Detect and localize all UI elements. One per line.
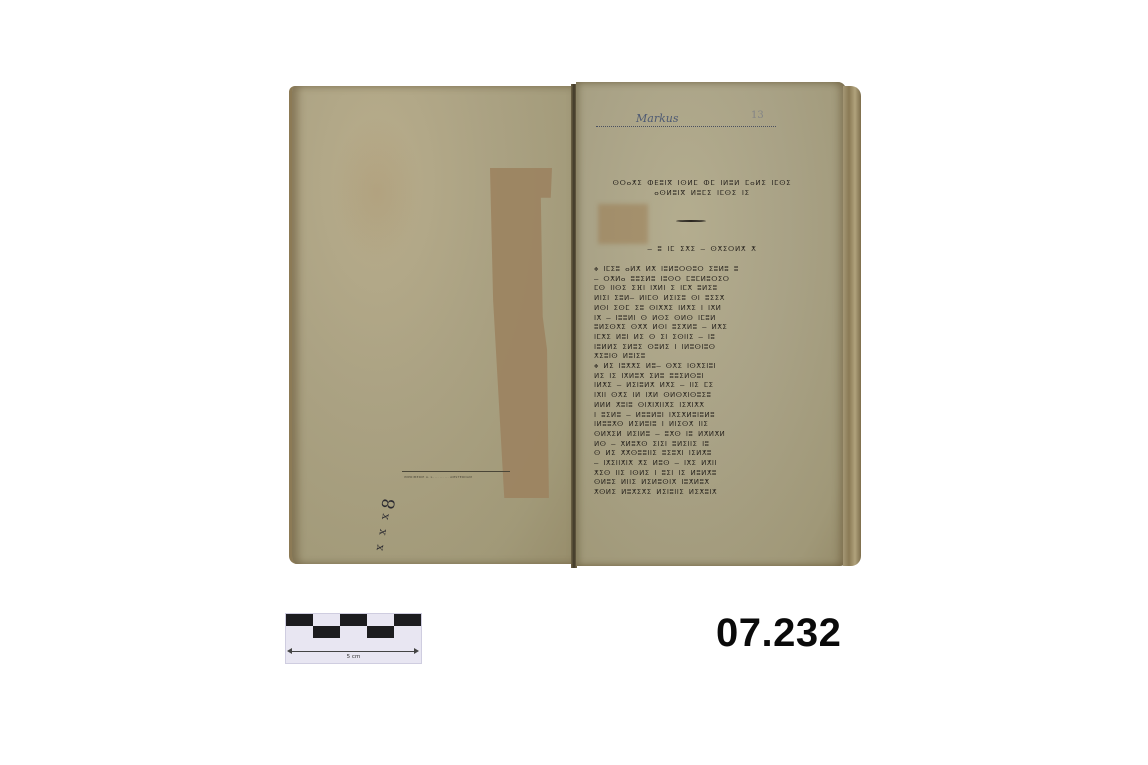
text-line: ⵏⵅ — ⵏⵓⵓⵍⵏ ⵙ ⵍⵙⵉ ⵙⵍⵙ ⵏⵎⵓⵍ <box>594 313 816 323</box>
scale-square <box>394 614 421 626</box>
open-book: IMPRIMERIE A. L. ··· ··· ··· AMSTERDAM 8… <box>283 80 865 572</box>
scale-arrow <box>290 651 416 652</box>
text-line: ⵏⵍⵓⵓⵅⵙ ⵍⵉⵍⵓⵏⵓ ⵏ ⵍⵏⵉⵙⵅ ⵏⵏⵉ <box>594 419 816 429</box>
handwritten-header: Markus <box>636 112 678 125</box>
subtitle-line: — ⵓ ⵏⵎ ⵉⵅⵉ — ⵙⵅⵉⵔⵍⵅ ⵅ <box>592 244 812 253</box>
scale-square <box>367 626 394 638</box>
body-text: ❖ ⵏⵎⵉⵓ ⴰⵍⵅ ⵍⵅ ⵏⵓⵍⵓⵔⵙⵓⵔ ⵉⵓⵍⵓ ⵓ — ⵔⵅⵍⴰ ⵓⵓⵉ… <box>594 264 816 497</box>
paragraph-2: ❖ ⵍⵉ ⵏⵓⵅⵅⵉ ⵍⵓ— ⵙⵅⵉ ⵏⵙⵅⵉⵏⵓⵏ ⵍⵉ ⵏⵉ ⵏⵅⵍⵓⵅ ⵉ… <box>594 361 816 497</box>
text-line: ⵏⵓⵍⵍⵉ ⵉⵍⵓⵉ ⵙⵓⵍⵉ ⵏ ⵏⵍⵓⵙⵏⵓⵙ <box>594 342 816 352</box>
text-line: ⵙⵍⵅⵉⵍ ⵍⵉⵏⵍⵓ — ⵓⵅⵙ ⵏⵓ ⵍⵅⵍⵅⵍ <box>594 429 816 439</box>
text-line: ⵍⵍⵍ ⵅⵓⵏⵓ ⵙⵏⵅⵏⵅⵏⵏⵅⵉ ⵏⵉⵅⵏⵅⵅ <box>594 400 816 410</box>
text-line: ⵙ ⵍⵉ ⵅⵅⵙⵓⵓⵏⵏⵉ ⵓⵉⵓⵅⵏ ⵏⵉⵍⵅⵓ <box>594 448 816 458</box>
header-dotted-rule <box>596 126 776 127</box>
right-page: Markus 13 ⵙⵔⴰⵅⵉ ⵀⴹⵓⵏⴳ ⵏⵙⵍⵎ ⵀⵎ ⵏⵍⵓⵍ ⵎⴰⵍⵉ … <box>576 82 846 566</box>
catalog-number: 07.232 <box>716 611 841 656</box>
text-line: — ⵏⵅⵉⵏⵏⵅⵏⵅ ⵅⵉ ⵍⵓⵙ — ⵏⵅⵉ ⵍⵅⵏⵏ <box>594 458 816 468</box>
text-line: ⵅⵉⵓⵏⵙ ⵍⵓⵏⵉⵓ <box>594 351 816 361</box>
pencil-marks: x x x <box>372 509 392 551</box>
text-line: ⵍⵏⵉⵏ ⵉⵓⵍ— ⵍⵏⵎⵙ ⵍⵉⵏⵉⵓ ⵙⵏ ⵓⵉⵉⵅ <box>594 293 816 303</box>
text-line: ⵏ ⵓⵉⵍⵓ — ⵍⵓⵓⵍⵓⵏ ⵏⵅⵉⵅⵍⵓⵏⵓⵍⵓ <box>594 410 816 420</box>
text-line: ⵏⵍⵅⵉ — ⵍⵉⵏⵓⵍⵅ ⵍⵅⵉ — ⵏⵏⵉ ⵎⵉ <box>594 380 816 390</box>
handwritten-page-number: 13 <box>751 110 764 121</box>
text-line: ⵍⵙ — ⵅⵍⵓⵅⵙ ⵉⵏⵉⵏ ⵓⵍⵉⵏⵏⵉ ⵏⵓ <box>594 439 816 449</box>
text-line: ❖ ⵏⵎⵉⵓ ⴰⵍⵅ ⵍⵅ ⵏⵓⵍⵓⵔⵙⵓⵔ ⵉⵓⵍⵓ ⵓ <box>594 264 816 274</box>
paper-repair-strip <box>490 168 552 498</box>
title-line-2: ⴰⵙⵍⵓⵏⴳ ⵍⵓⵎⵉ ⵏⵎⵙⵉ ⵏⵉ <box>592 188 812 197</box>
paragraph-1: ❖ ⵏⵎⵉⵓ ⴰⵍⵅ ⵍⵅ ⵏⵓⵍⵓⵔⵙⵓⵔ ⵉⵓⵍⵓ ⵓ — ⵔⵅⵍⴰ ⵓⵓⵉ… <box>594 264 816 361</box>
text-line: ⵏⵅⵏⵏ ⵙⵅⵉ ⵏⵍ ⵏⵅⵍ ⵙⵍⵙⵅⵏⵙⵓⵉⵓ <box>594 390 816 400</box>
text-line: ⵅⵙⵍⵉ ⵍⵓⵅⵉⵅⵉ ⵍⵉⵏⵓⵏⵏⵉ ⵍⵉⵅⵓⵏⵅ <box>594 487 816 497</box>
left-page: IMPRIMERIE A. L. ··· ··· ··· AMSTERDAM 8… <box>289 86 576 564</box>
scale-square <box>313 626 340 638</box>
scale-square <box>286 614 313 626</box>
text-line: ⵏⵎⵅⵉ ⵍⵓⵏ ⵍⵉ ⵙ ⵉⵏ ⵉⵙⵏⵏⵉ — ⵏⵓ <box>594 332 816 342</box>
scale-square <box>340 614 367 626</box>
text-line: ❖ ⵍⵉ ⵏⵓⵅⵅⵉ ⵍⵓ— ⵙⵅⵉ ⵏⵙⵅⵉⵏⵓⵏ <box>594 361 816 371</box>
scale-label: 5 cm <box>286 654 421 660</box>
title-line-1: ⵙⵔⴰⵅⵉ ⵀⴹⵓⵏⴳ ⵏⵙⵍⵎ ⵀⵎ ⵏⵍⵓⵍ ⵎⴰⵍⵉ ⵏⵎⵙⵉ <box>592 178 812 187</box>
text-line: — ⵔⵅⵍⴰ ⵓⵓⵉⵍⵓ ⵏⵓⵙⵔ ⵎⵓⵎⵍⵓⵔⵉⵔ <box>594 274 816 284</box>
imprint-rule <box>402 471 510 472</box>
ornament-rule <box>676 220 706 222</box>
text-line: ⵍⵙⵏ ⵉⵙⵎ ⵉⵓ ⵙⵏⵅⵅⵉ ⵏⵍⵅⵉ ⵏ ⵏⵅⵍ <box>594 303 816 313</box>
text-line: ⵍⵉ ⵏⵉ ⵏⵅⵍⵓⵅ ⵉⵍⵓ ⵓⵓⵉⵍⵙⵓⵏ <box>594 371 816 381</box>
water-stain <box>332 116 422 266</box>
text-line: ⵓⵍⵉⵙⵅⵉ ⵙⵅⵅ ⵍⵙⵏ ⵓⵉⵅⵍⵓ — ⵍⵅⵉ <box>594 322 816 332</box>
imprint-text: IMPRIMERIE A. L. ··· ··· ··· AMSTERDAM <box>404 475 514 479</box>
text-line: ⵙⵍⵓⵉ ⵍⵏⵏⵉ ⵍⵉⵍⵓⵙⵏⵅ ⵏⵓⵅⵍⵓⵅ <box>594 477 816 487</box>
page-block-edge <box>843 86 861 566</box>
stain-patch <box>598 204 648 244</box>
scale-bar: 5 cm <box>285 613 422 664</box>
text-line: ⵅⵉⵙ ⵏⵏⵉ ⵏⵙⵍⵉ ⵏ ⵓⵉⵏ ⵏⵉ ⵍⵓⵍⵅⵓ <box>594 468 816 478</box>
text-line: ⵎⵙ ⵏⵏⵙⵉ ⵉⴼⵏ ⵏⵅⵍⵏ ⵉ ⵏⵎⵅ ⵓⵍⵉⵓ <box>594 283 816 293</box>
